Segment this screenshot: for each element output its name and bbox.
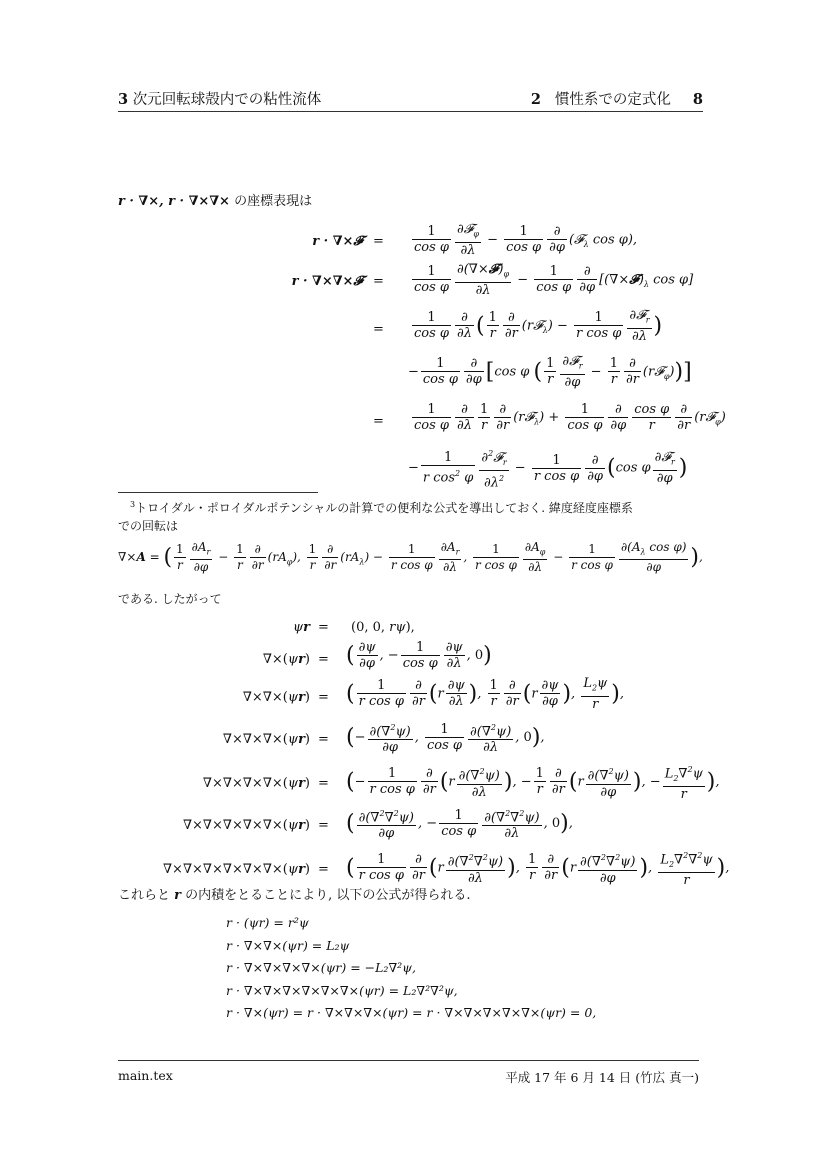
header-rule	[118, 111, 703, 112]
running-header: 3 次元回転球殻内での粘性流体 2慣性系での定式化8	[118, 88, 703, 110]
equation-rhs: 1cos φ∂(∇×𝓕)φ∂λ − 1cos φ∂∂φ[(∇×𝓕)λ cos φ…	[410, 262, 693, 298]
header-section-title: 慣性系での定式化	[555, 92, 671, 108]
footnote-text-line3: である. したがって	[118, 590, 222, 607]
equation-rhs: (0, 0, rψ),	[351, 620, 415, 635]
conclusion-text-a: これらと	[118, 888, 174, 903]
formula-item: r · ∇×(ψr) = r · ∇×∇×∇×(ψr) = r · ∇×∇×∇×…	[226, 1002, 596, 1025]
equation-row: ∇×∇×∇×(ψr) = (−∂(∇2ψ)∂φ, 1cos φ∂(∇2ψ)∂λ,…	[118, 720, 718, 762]
conclusion-math: r	[174, 888, 181, 903]
equation-lhs: ∇×∇×(ψr)	[243, 690, 310, 705]
equation-rhs: (∂(∇2∇2ψ)∂φ, −1cos φ∂(∇2∇2ψ)∂λ, 0),	[346, 806, 573, 841]
equation-row: ∇×∇×∇×∇×∇×(ψr) = (∂(∇2∇2ψ)∂φ, −1cos φ∂(∇…	[118, 806, 718, 848]
equation-row: = 1cos φ∂∂λ(1r∂∂r(r𝓕λ) − 1r cos φ∂𝓕r∂λ)	[118, 308, 703, 352]
equation-row: = 1cos φ∂∂λ1r∂∂r(r𝓕λ) + 1cos φ∂∂φcos φr∂…	[118, 402, 703, 444]
curl-equation: ∇×A = (1r∂Ar∂φ − 1r∂∂r(rAφ), 1r∂∂r(rAλ) …	[118, 540, 718, 582]
formula-item: r · ∇×∇×∇×∇×∇×∇×(ψr) = L₂∇²∇²ψ,	[226, 980, 596, 1003]
footnote-rule	[118, 492, 318, 493]
equation-rhs: −1r cos2 φ∂2𝓕r∂λ2 − 1r cos φ∂∂φ(cos φ∂𝓕r…	[408, 446, 687, 490]
equals-sign: =	[318, 776, 329, 791]
footer-rule	[118, 1060, 699, 1061]
conclusion-text-b: の内積をとることにより, 以下の公式が得られる.	[181, 888, 471, 903]
footnote-text-line2: での回転は	[118, 519, 178, 533]
formula-list: r · (ψr) = r²ψ r · ∇×∇×(ψr) = L₂ψ r · ∇×…	[226, 912, 596, 1025]
equals-sign: =	[318, 862, 329, 877]
equation-rhs: (1r cos φ∂∂r(r∂ψ∂λ), 1r∂∂r(r∂ψ∂φ), L2ψr)…	[346, 676, 624, 712]
equals-sign: =	[373, 274, 384, 289]
footnote-text-line1: トロイダル・ポロイダルポテンシャルの計算での便利な公式を導出しておく. 緯度経度…	[135, 501, 633, 515]
intro-text: の座標表現は	[230, 194, 312, 209]
equation-lhs: ∇×∇×∇×∇×(ψr)	[203, 776, 310, 791]
header-title: 3 次元回転球殻内での粘性流体	[118, 88, 321, 109]
intro-math: r · ∇×, r · ∇×∇×	[118, 194, 230, 209]
footer-filename: main.tex	[118, 1068, 173, 1083]
equation-rhs: (∂ψ∂φ, −1cos φ∂ψ∂λ, 0)	[346, 640, 492, 671]
equation-row: r · ∇×𝓕 = 1cos φ∂𝓕φ∂λ − 1cos φ∂∂φ(𝓕λ cos…	[118, 222, 703, 262]
equation-row: −1r cos2 φ∂2𝓕r∂λ2 − 1r cos φ∂∂φ(cos φ∂𝓕r…	[118, 446, 703, 490]
equals-sign: =	[318, 620, 329, 635]
header-section-number: 2	[531, 91, 541, 108]
equation-row: ψr = (0, 0, rψ),	[118, 620, 718, 640]
equation-lhs: ∇×∇×∇×∇×∇×∇×(ψr)	[163, 862, 310, 877]
equation-rhs: 1cos φ∂∂λ(1r∂∂r(r𝓕λ) − 1r cos φ∂𝓕r∂λ)	[410, 308, 662, 344]
equation-lhs: ∇×(ψr)	[263, 652, 310, 667]
formula-item: r · (ψr) = r²ψ	[226, 912, 596, 935]
footer-date-author: 平成 17 年 6 月 14 日 (竹広 真一)	[505, 1068, 699, 1086]
footnote: 3トロイダル・ポロイダルポテンシャルの計算での便利な公式を導出しておく. 緯度経…	[118, 496, 703, 535]
equals-sign: =	[318, 690, 329, 705]
equation-rhs: (−1r cos φ∂∂r(r∂(∇2ψ)∂λ), −1r∂∂r(r∂(∇2ψ)…	[346, 762, 720, 802]
equation-rhs: (1r cos φ∂∂r(r∂(∇2∇2ψ)∂λ), 1r∂∂r(r∂(∇2∇2…	[346, 848, 729, 888]
header-section: 2慣性系での定式化8	[531, 88, 703, 109]
equals-sign: =	[373, 414, 384, 429]
equation-rhs: −1cos φ∂∂φ[cos φ (1r∂𝓕r∂φ − 1r∂∂r(r𝓕φ))]	[408, 354, 692, 390]
equation-lhs: r · ∇×∇×𝓕	[292, 274, 363, 289]
equation-lhs: ∇×∇×∇×∇×∇×(ψr)	[183, 818, 310, 833]
equals-sign: =	[318, 732, 329, 747]
equation-rhs: (−∂(∇2ψ)∂φ, 1cos φ∂(∇2ψ)∂λ, 0),	[346, 720, 545, 755]
equation-row: −1cos φ∂∂φ[cos φ (1r∂𝓕r∂φ − 1r∂∂r(r𝓕φ))]	[118, 354, 703, 398]
intro-sentence: r · ∇×, r · ∇×∇× の座標表現は	[118, 190, 312, 209]
equation-lhs: ψr	[293, 620, 310, 635]
page-number: 8	[693, 91, 703, 108]
equation-row: ∇×∇×(ψr) = (1r cos φ∂∂r(r∂ψ∂λ), 1r∂∂r(r∂…	[118, 676, 718, 718]
conclusion-sentence: これらと r の内積をとることにより, 以下の公式が得られる.	[118, 884, 471, 903]
formula-item: r · ∇×∇×∇×∇×(ψr) = −L₂∇²ψ,	[226, 957, 596, 980]
formula-item: r · ∇×∇×(ψr) = L₂ψ	[226, 935, 596, 958]
curl-equation-content: ∇×A = (1r∂Ar∂φ − 1r∂∂r(rAφ), 1r∂∂r(rAλ) …	[118, 540, 703, 575]
header-title-number: 3	[118, 91, 128, 108]
equals-sign: =	[373, 234, 384, 249]
equation-row: r · ∇×∇×𝓕 = 1cos φ∂(∇×𝓕)φ∂λ − 1cos φ∂∂φ[…	[118, 262, 703, 304]
header-title-text: 次元回転球殻内での粘性流体	[133, 92, 322, 108]
equals-sign: =	[373, 322, 384, 337]
equation-row: ∇×∇×∇×∇×(ψr) = (−1r cos φ∂∂r(r∂(∇2ψ)∂λ),…	[118, 762, 718, 806]
equation-rhs: 1cos φ∂𝓕φ∂λ − 1cos φ∂∂φ(𝓕λ cos φ),	[410, 222, 637, 258]
equals-sign: =	[318, 818, 329, 833]
equation-rhs: 1cos φ∂∂λ1r∂∂r(r𝓕λ) + 1cos φ∂∂φcos φr∂∂r…	[410, 402, 726, 433]
equation-lhs: ∇×∇×∇×(ψr)	[223, 732, 310, 747]
equals-sign: =	[318, 652, 329, 667]
equation-lhs: r · ∇×𝓕	[312, 234, 363, 249]
